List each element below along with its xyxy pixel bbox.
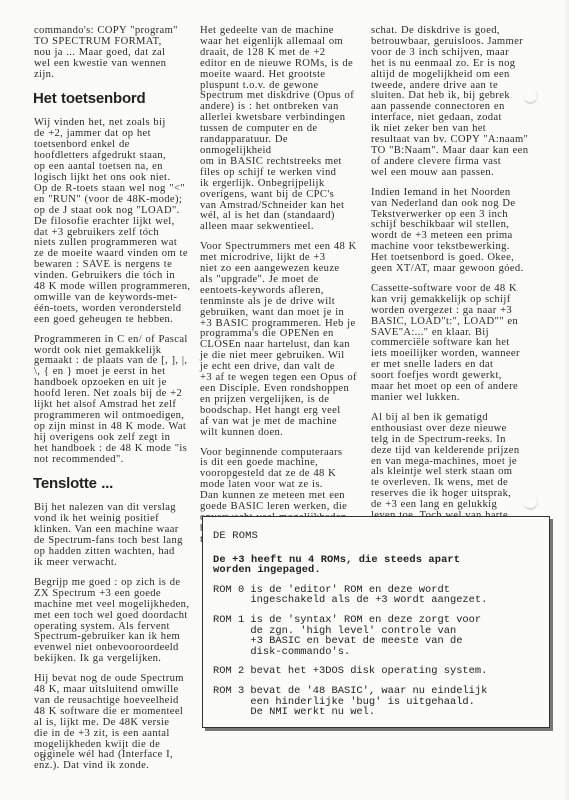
paragraph-finally-1: Bij het nalezen van dit verslag vond ik … [34, 503, 196, 568]
rom-description: is de 'syntax' ROM en deze zorgt voor de… [250, 615, 481, 657]
page-number: 8 [40, 752, 46, 764]
roms-box-intro: De +3 heeft nu 4 ROMs, die steeds apart … [213, 555, 541, 576]
roms-box-title: DE ROMS [213, 531, 541, 542]
rom-label: ROM 2 [213, 666, 250, 677]
paragraph-keyboard-1: Wij vinden het, net zoals bij de +2, jam… [34, 118, 196, 325]
rom-description: is de 'editor' ROM en deze wordt ingesch… [250, 585, 487, 606]
binder-hole-mark [523, 494, 538, 510]
paragraph-microdrive: Voor Spectrummers met een 48 K met micro… [200, 242, 362, 438]
rom-item-1: ROM 1 is de 'syntax' ROM en deze zorgt v… [213, 615, 541, 657]
paragraph-keyboard-2: Programmeren in C en/ of Pascal wordt oo… [34, 335, 196, 466]
paragraph-intro: commando's: COPY "program" TO SPECTRUM F… [34, 26, 196, 81]
page-edge-shadow [563, 0, 569, 800]
roms-sidebar-box: DE ROMS De +3 heeft nu 4 ROMs, die steed… [202, 516, 550, 728]
rom-item-2: ROM 2 bevat het +3DOS disk operating sys… [213, 666, 541, 677]
rom-label: ROM 0 [213, 585, 250, 606]
heading-keyboard: Het toetsenbord [33, 94, 196, 105]
rom-description: bevat de '48 BASIC', waar nu eindelijk e… [250, 686, 487, 718]
binder-hole-mark [523, 88, 538, 104]
heading-finally: Tenslotte ... [33, 479, 196, 490]
paragraph-tekstverwerker: Indien Iemand in het Noorden van Nederla… [371, 188, 533, 275]
paragraph-diskdrive: schat. De diskdrive is goed, betrouwbaar… [371, 26, 533, 179]
magazine-page: commando's: COPY "program" TO SPECTRUM F… [0, 0, 569, 800]
rom-label: ROM 1 [213, 615, 250, 657]
paragraph-cassette: Cassette-software voor de 48 K kan vrij … [371, 284, 533, 404]
column-right: schat. De diskdrive is goed, betrouwbaar… [371, 26, 533, 573]
paragraph-finally-2: Begrijp me goed : op zich is de ZX Spect… [34, 578, 196, 665]
rom-item-3: ROM 3 bevat de '48 BASIC', waar nu einde… [213, 686, 541, 718]
rom-description: bevat het +3DOS disk operating system. [250, 666, 487, 677]
column-left: commando's: COPY "program" TO SPECTRUM F… [34, 26, 196, 781]
rom-item-0: ROM 0 is de 'editor' ROM en deze wordt i… [213, 585, 541, 606]
rom-label: ROM 3 [213, 686, 250, 718]
column-middle: Het gedeelte van de machine waar het eig… [200, 26, 362, 555]
paragraph-machine: Het gedeelte van de machine waar het eig… [200, 26, 362, 233]
paragraph-finally-3: Hij bevat nog de oude Spectrum 48 K, maa… [34, 674, 196, 772]
paragraph-conclusion: Al bij al ben ik gematigd enthousiast ov… [371, 413, 533, 522]
